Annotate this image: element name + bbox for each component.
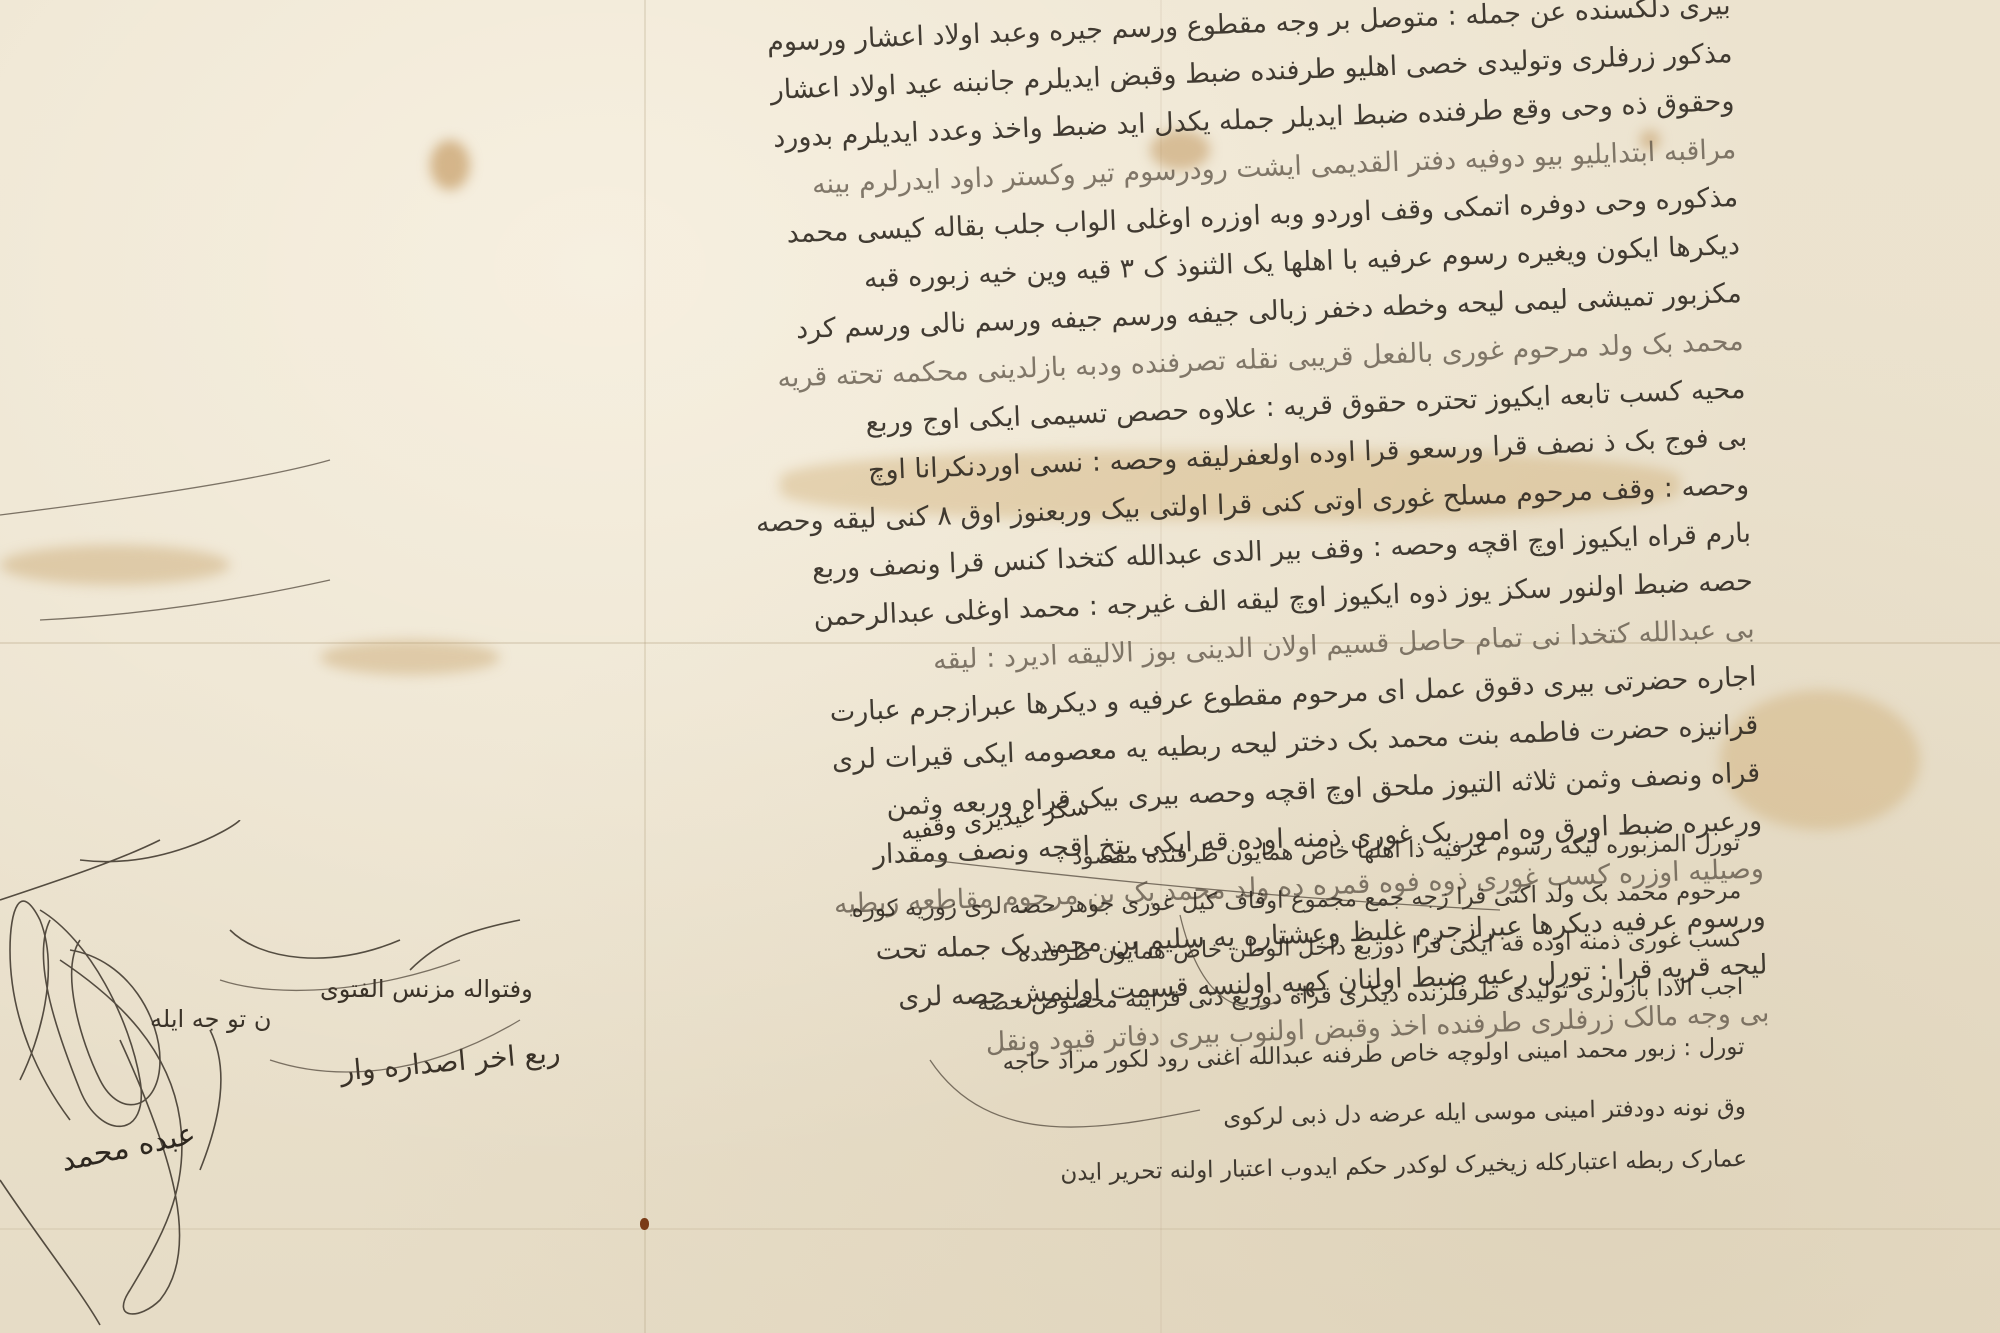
text-line: کسب غوری ذمنه اوده قه ایکی قرا دوربع داخ… xyxy=(1018,926,1743,967)
signature-flourish xyxy=(0,820,560,1333)
text-line: مرحوم محمد بک ولد اکنی قرا زجه جمع مجموع… xyxy=(851,878,1741,923)
text-line: عمارک ربطه اعتبارکله زیخیرک لوکدر حکم ای… xyxy=(1060,1146,1747,1186)
manuscript-page: بیری دلکسنده عن جمله : متوصل بر وجه مقطو… xyxy=(0,0,2000,1333)
text-line: وق نونه دودفتر امینی موسی ایله عرضه دل ذ… xyxy=(1223,1094,1746,1131)
text-line: اجب الادا بازولری تولیدی طرفلرنده دیکری … xyxy=(977,974,1744,1016)
text-line: تورل : زبور محمد امینی اولوچه خاص طرفنه … xyxy=(1002,1034,1744,1076)
